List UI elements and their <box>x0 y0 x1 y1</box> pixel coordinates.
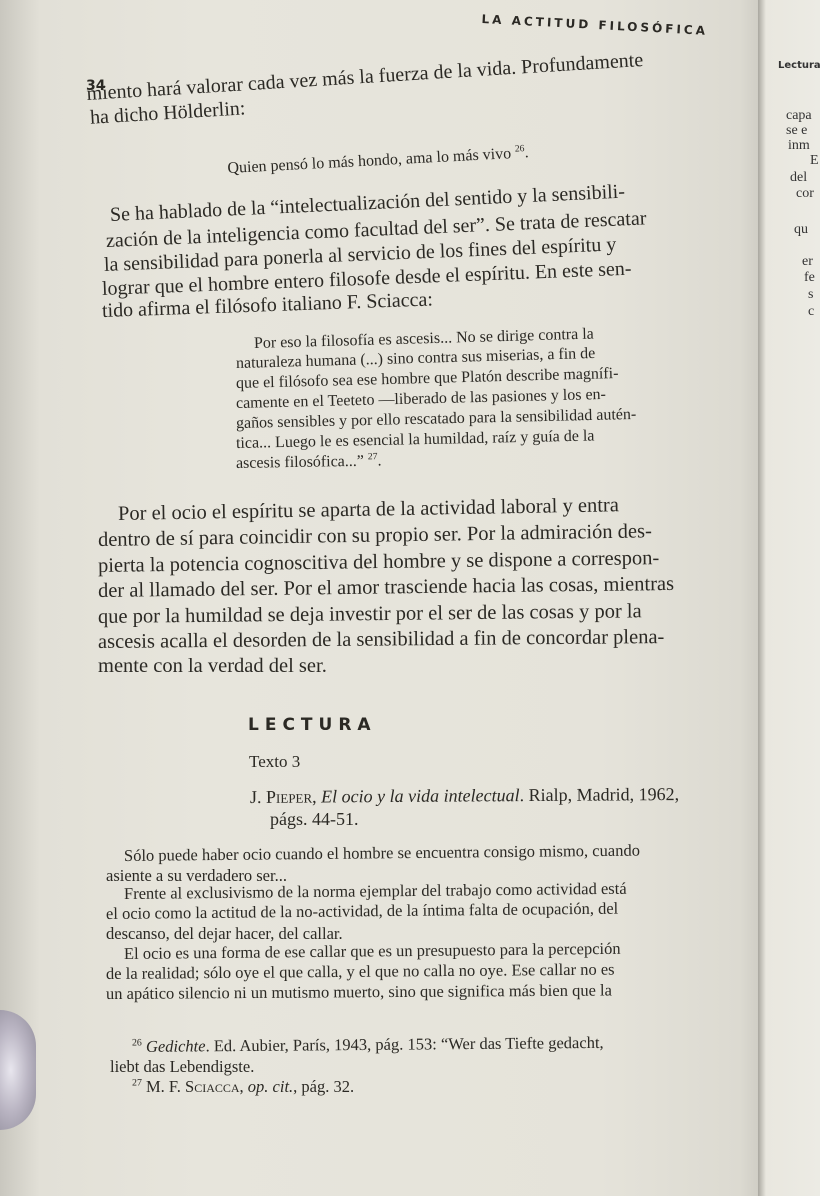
text-line: pierta la potencia cognoscitiva del homb… <box>98 548 660 576</box>
text-line: dentro de sí para coincidir con su propi… <box>98 521 652 550</box>
text-line: der al llamado del ser. Por el amor tras… <box>98 574 674 602</box>
text-fragment: del <box>790 170 807 186</box>
footnote-author: M. F. Sciacca, <box>146 1077 244 1096</box>
footnote-title: Gedichte <box>146 1036 206 1056</box>
text-fragment: capa <box>786 108 812 124</box>
reference-author: J. Pieper, <box>250 787 317 807</box>
text-line: Por el ocio el espíritu se aparta de la … <box>118 495 619 524</box>
footnote-abbrev: op. cit. <box>248 1077 293 1096</box>
finger-holding-page <box>0 1010 36 1130</box>
holderlin-quote: Quien pensó lo más hondo, ama lo más viv… <box>227 144 529 178</box>
text-fragment: er <box>802 254 813 270</box>
footnote-text: . Ed. Aubier, París, 1943, pág. 153: “We… <box>205 1033 603 1055</box>
text-line: tica... Luego le es esencial la humildad… <box>236 428 595 452</box>
footnote-number: 27 <box>132 1078 142 1089</box>
text-line: un apático silencio ni un mutismo muerto… <box>106 982 612 1002</box>
lectura-reference: J. Pieper, El ocio y la vida intelectual… <box>250 788 679 828</box>
footnote-text: , pág. 32. <box>293 1077 354 1096</box>
lectura-heading: LECTURA <box>248 715 377 735</box>
text-line: descanso, del dejar hacer, del callar. <box>106 926 343 943</box>
text-fragment: inm <box>788 138 810 154</box>
footnote-ref-27[interactable]: 27 <box>368 451 378 462</box>
texto-label: Texto 3 <box>249 752 300 772</box>
text-line: que por la humildad se deja investir por… <box>98 601 642 627</box>
text-line: mente con la verdad del ser. <box>98 656 327 677</box>
reference-book-title: El ocio y la vida intelectual <box>321 785 520 806</box>
text-line: de la realidad; sólo oye el que calla, y… <box>106 962 615 983</box>
text-fragment: E <box>810 153 819 169</box>
text-fragment: s <box>808 287 813 303</box>
text-fragment: se e <box>786 123 807 139</box>
book-page-left: LA ACTITUD FILOSÓFICA 34 miento hará val… <box>0 0 760 1196</box>
footnote-26-continuation: liebt das Lebendigste. <box>110 1059 254 1076</box>
text-line: Sólo puede haber ocio cuando el hombre s… <box>124 843 640 865</box>
text-line: miento hará valorar cada vez más la fuer… <box>86 50 644 104</box>
text-fragment: qu <box>794 222 808 238</box>
running-title: LA ACTITUD FILOSÓFICA <box>481 12 708 38</box>
text-line: el ocio como la actitud de la no-activid… <box>106 901 618 923</box>
footnote-27: 27 M. F. Sciacca, op. cit., pág. 32. <box>132 1079 354 1096</box>
text-line: ascesis acalla el desorden de la sensibi… <box>98 627 665 652</box>
quote-text: Quien pensó lo más hondo, ama lo más viv… <box>227 145 511 177</box>
book-page-right: Lectura capa se e inm E del cor qu er fe… <box>758 0 820 1196</box>
footnote-26: 26 Gedichte. Ed. Aubier, París, 1943, pá… <box>132 1035 604 1056</box>
footnote-ref-26[interactable]: 26 <box>515 143 525 154</box>
reference-pages: págs. 44-51. <box>270 810 679 828</box>
text-fragment: c <box>808 304 814 320</box>
footnote-number: 26 <box>132 1037 142 1048</box>
text-line: ascesis filosófica...” <box>236 453 364 472</box>
text-fragment: cor <box>796 186 814 202</box>
adjacent-running-title: Lectura <box>778 60 820 71</box>
reference-publisher: . Rialp, Madrid, 1962, <box>520 784 680 805</box>
text-fragment: fe <box>804 270 815 286</box>
